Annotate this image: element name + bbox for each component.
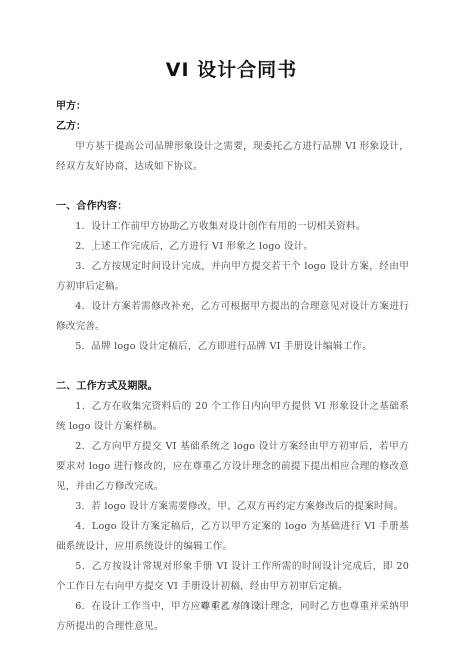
- page-footer: 第 1 页 共 1 页: [0, 600, 463, 611]
- clause-2-5: 5．乙方按设计常规对形象手册 VI 设计工作所需的时间设计完成后，即 20 个工…: [56, 557, 409, 597]
- intro-paragraph: 甲方基于提高公司品牌形象设计之需要，现委托乙方进行品牌 VI 形象设计，经双方友…: [56, 137, 409, 177]
- spacer: [56, 357, 409, 377]
- clause-1-4: 4．设计方案若需修改补充，乙方可根据甲方提出的合理意见对设计方案进行修改完善。: [56, 297, 409, 337]
- document-title: VI 设计合同书: [0, 55, 463, 82]
- spacer: [56, 177, 409, 197]
- party-b-label: 乙方：: [56, 117, 409, 137]
- section-heading-work-method: 二、工作方式及期限。: [56, 377, 409, 397]
- clause-2-3: 3．若 logo 设计方案需要修改，甲、乙双方再约定方案修改后的提案时间。: [56, 497, 409, 517]
- document-body: 甲方： 乙方： 甲方基于提高公司品牌形象设计之需要，现委托乙方进行品牌 VI 形…: [56, 97, 409, 637]
- party-a-label: 甲方：: [56, 97, 409, 117]
- clause-2-1: 1．乙方在收集完资料后的 20 个工作日内向甲方提供 VI 形象设计之基础系统 …: [56, 397, 409, 437]
- clause-2-2: 2．乙方向甲方提交 VI 基础系统之 logo 设计方案经由甲方初审后，若甲方要…: [56, 437, 409, 497]
- clause-1-1: 1．设计工作前甲方协助乙方收集对设计创作有用的一切相关资料。: [56, 217, 409, 237]
- clause-2-4: 4．Logo 设计方案定稿后，乙方以甲方定案的 logo 为基础进行 VI 手册…: [56, 517, 409, 557]
- clause-1-5: 5．品牌 logo 设计定稿后，乙方即进行品牌 VI 手册设计编辑工作。: [56, 337, 409, 357]
- clause-1-2: 2．上述工作完成后，乙方进行 VI 形象之 logo 设计。: [56, 237, 409, 257]
- document-page: VI 设计合同书 甲方： 乙方： 甲方基于提高公司品牌形象设计之需要，现委托乙方…: [0, 0, 463, 655]
- clause-1-3: 3．乙方按规定时间设计完成，并向甲方提交若干个 logo 设计方案，经由甲方初审…: [56, 257, 409, 297]
- section-heading-cooperation: 一、合作内容：: [56, 197, 409, 217]
